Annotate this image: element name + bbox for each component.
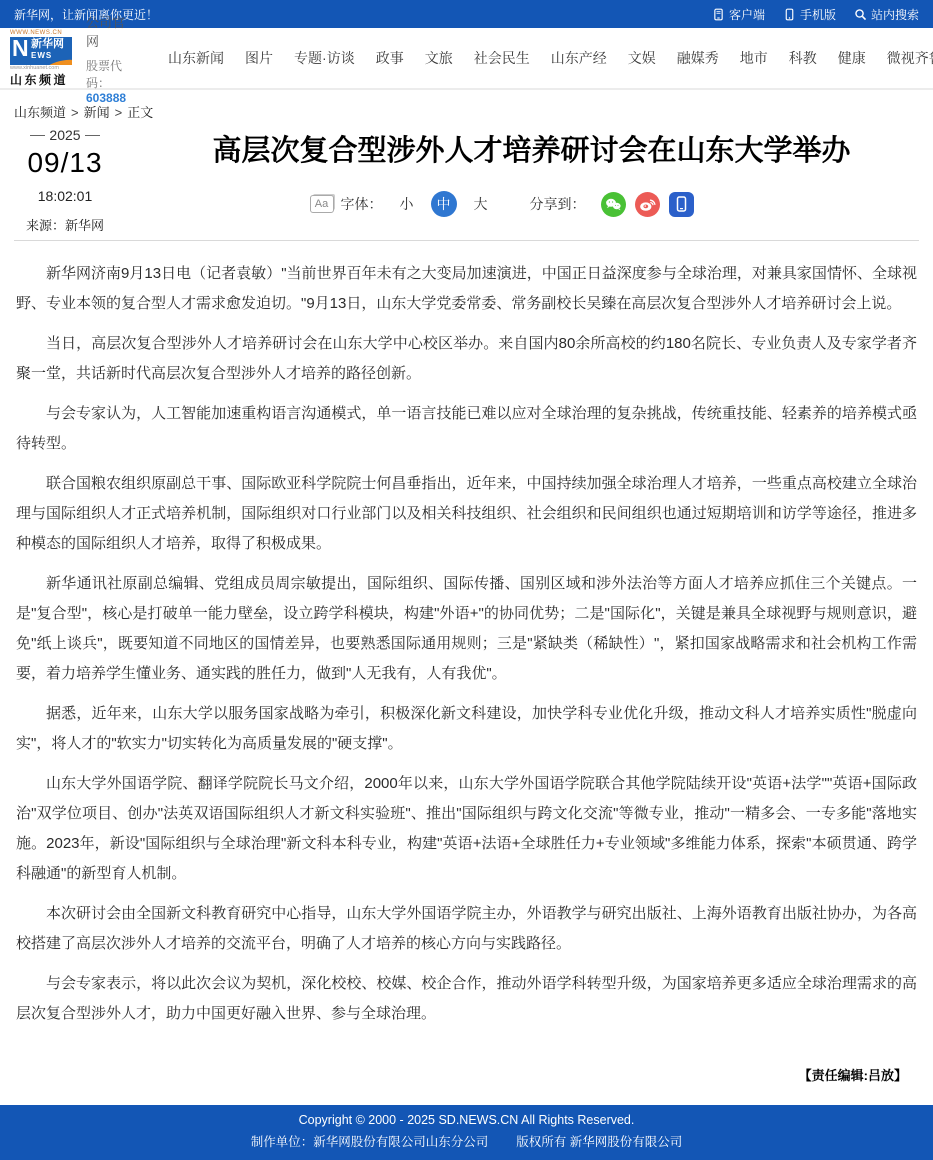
nav-item-media-show[interactable]: 融媒秀 [677,48,719,68]
article-toolbar: Aa 字体： 小 中 大 分享到： [70,191,933,217]
topbar-link-label: 站内搜索 [871,6,919,23]
page-footer: Copyright © 2000 - 2025 SD.NEWS.CN All R… [0,1105,933,1160]
logo-sub-url: www.xinhuanet.com [10,66,72,72]
topbar-link-mobile[interactable]: 手机版 [783,6,836,23]
article-body: 新华网济南9月13日电（记者袁敏）"当前世界百年未有之大变局加速演进，中国正日益… [0,241,933,1039]
source-label: 来源： [26,218,65,233]
article-source: 来源：新华网 [14,215,116,234]
breadcrumb: 山东频道>新闻>正文 [0,90,933,121]
article-paragraph: 与会专家认为，人工智能加速重构语言沟通模式，单一语言技能已难以应对全球治理的复杂… [16,399,917,459]
font-size-label: 字体： [341,194,383,214]
logo-n-letter: N [12,37,29,60]
font-size-medium-button[interactable]: 中 [431,191,457,217]
mobile-version-icon [783,8,796,21]
article-paragraph: 山东大学外国语学院、翻译学院院长马文介绍，2000年以来，山东大学外国语学院联合… [16,769,917,889]
topbar-links: 客户端 手机版 站内搜索 [712,6,919,23]
article-paragraph: 与会专家表示，将以此次会议为契机，深化校校、校媒、校企合作，推动外语学科转型升级… [16,969,917,1029]
font-size-small-button[interactable]: 小 [400,194,414,214]
article-paragraph: 新华网济南9月13日电（记者袁敏）"当前世界百年未有之大变局加速演进，中国正日益… [16,259,917,319]
article-paragraph: 新华通讯社原副总编辑、党组成员周宗敏提出，国际组织、国际传播、国别区域和涉外法治… [16,569,917,689]
logo-url-text: WWW.NEWS.CN [10,30,72,36]
nav-item-education[interactable]: 科教 [789,48,817,68]
nav-item-entertainment[interactable]: 文娱 [628,48,656,68]
year-dash-left [30,135,45,136]
footer-credits: 制作单位：新华网股份有限公司山东分公司版权所有 新华网股份有限公司 [0,1132,933,1150]
topbar-link-search[interactable]: 站内搜索 [854,6,919,23]
article-title: 高层次复合型涉外人才培养研讨会在山东大学举办 [160,133,903,169]
nav-item-topics-interviews[interactable]: 专题·访谈 [294,48,355,68]
logo-brand-cn: 新华网 [31,39,64,50]
year-dash-right [85,135,100,136]
nav-item-micro-video[interactable]: 微视齐鲁 [887,48,933,68]
editor-credit: 【责任编辑:吕放】 [0,1065,907,1084]
nav-item-pictures[interactable]: 图片 [245,48,273,68]
nav-item-shandong-news[interactable]: 山东新闻 [168,48,224,68]
share-label: 分享到： [530,194,586,214]
font-size-icon: Aa [310,195,334,213]
logo-brand-ews: EWS [31,52,52,60]
topbar-link-client[interactable]: 客户端 [712,6,765,23]
nav-item-politics[interactable]: 政事 [376,48,404,68]
publish-year: 2025 [14,127,116,143]
mobile-share-icon[interactable] [669,192,694,217]
breadcrumb-separator: > [115,105,123,120]
app-client-icon [712,8,725,21]
breadcrumb-separator: > [71,105,79,120]
breadcrumb-article: 正文 [127,105,153,120]
article-paragraph: 本次研讨会由全国新文科教育研究中心指导，山东大学外国语学院主办，外语教学与研究出… [16,899,917,959]
xinhuanet-logo-icon: N 新华网 EWS [10,37,72,65]
page: { "topbar": { "slogan": "新华网，让新闻离你更近！", … [0,0,933,1160]
site-header: WWW.NEWS.CN N 新华网 EWS www.xinhuanet.com … [0,28,933,90]
article-paragraph: 联合国粮农组织原副总干事、国际欧亚科学院院士何昌垂指出，近年来，中国持续加强全球… [16,469,917,559]
publish-time: 18:02:01 [14,188,116,204]
font-size-large-button[interactable]: 大 [474,194,488,214]
weibo-share-icon[interactable] [635,192,660,217]
rights-text: 版权所有 新华网股份有限公司 [516,1135,682,1149]
nav-item-society[interactable]: 社会民生 [474,48,530,68]
topbar-link-label: 手机版 [800,6,836,23]
producer-text: 制作单位：新华网股份有限公司山东分公司 [251,1135,489,1149]
nav-item-culture-tourism[interactable]: 文旅 [425,48,453,68]
nav-item-cities[interactable]: 地市 [740,48,768,68]
nav-item-economy[interactable]: 山东产经 [551,48,607,68]
topbar: 新华网，让新闻离你更近！ 客户端 手机版 站内搜索 [0,0,933,28]
article-header: 2025 09/13 18:02:01 来源：新华网 高层次复合型涉外人才培养研… [0,121,933,231]
article-paragraph: 据悉，近年来，山东大学以服务国家战略为牵引，积极深化新文科建设，加快学科专业优化… [16,699,917,759]
year-text: 2025 [49,127,80,143]
breadcrumb-news[interactable]: 新闻 [84,105,110,120]
main-nav: 山东新闻 图片 专题·访谈 政事 文旅 社会民生 山东产经 文娱 融媒秀 地市 … [168,48,933,68]
company-site-link[interactable]: 公司官网 [86,12,126,50]
logo-channel-name: 山东频道 [10,74,72,86]
article-paragraph: 当日，高层次复合型涉外人才培养研讨会在山东大学中心校区举办。来自国内80余所高校… [16,329,917,389]
stock-label: 股票代码： [86,59,122,90]
publish-date: 09/13 [14,147,116,179]
breadcrumb-channel[interactable]: 山东频道 [14,105,66,120]
site-logo[interactable]: WWW.NEWS.CN N 新华网 EWS www.xinhuanet.com … [10,30,72,86]
search-icon [854,8,867,21]
date-block: 2025 09/13 18:02:01 来源：新华网 [14,127,116,234]
topbar-link-label: 客户端 [729,6,765,23]
wechat-share-icon[interactable] [601,192,626,217]
copyright-text: Copyright © 2000 - 2025 SD.NEWS.CN All R… [0,1113,933,1127]
nav-item-health[interactable]: 健康 [838,48,866,68]
source-name[interactable]: 新华网 [65,218,104,233]
